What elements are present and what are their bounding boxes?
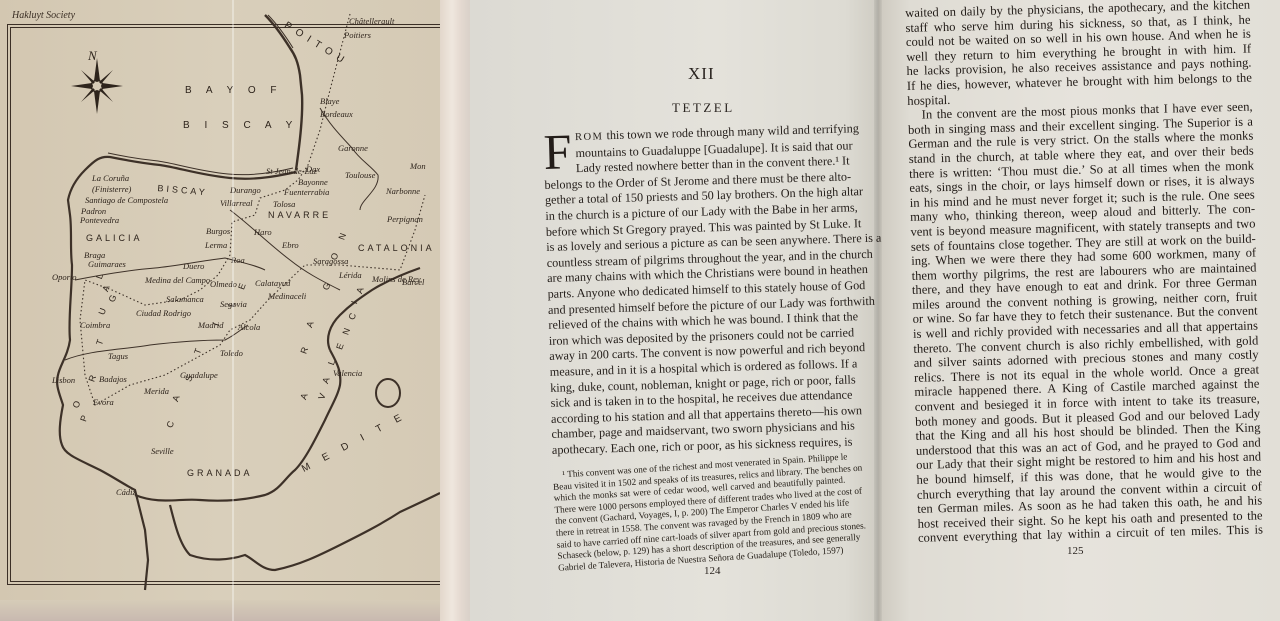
map-place-label: Villarreal xyxy=(220,198,253,208)
map-place-label: Haro xyxy=(254,227,272,237)
page-125-lines: waited on daily by the physicians, the a… xyxy=(905,0,1263,546)
map-place-label: Coimbra xyxy=(80,320,110,330)
map-place-label: Guimaraes xyxy=(88,259,126,269)
map-place-label: Perpignan xyxy=(387,214,423,224)
map-place-label: (Finisterre) xyxy=(92,184,131,194)
map-place-label: Garonne xyxy=(338,143,368,153)
page-124-body: F ROM this town we rode through many wil… xyxy=(543,122,852,459)
page-number-124: 124 xyxy=(704,565,721,577)
map-place-label: Calatayud xyxy=(255,278,290,288)
map-place-label: La Coruña xyxy=(92,173,129,183)
map-place-label: Bordeaux xyxy=(320,109,353,119)
drop-cap: F xyxy=(543,131,572,172)
map-fold-crease xyxy=(232,0,234,621)
chapter-number: XII xyxy=(688,64,715,84)
map-place-label: Toulouse xyxy=(345,170,375,180)
map-place-label: Ebro xyxy=(282,240,299,250)
map-place-label: Narbonne xyxy=(386,186,420,196)
map-region-galicia: GALICIA xyxy=(86,233,143,243)
map-place-label: Oporto xyxy=(52,272,77,282)
map-place-label: Alcola xyxy=(238,322,260,332)
map-place-label: Mon xyxy=(410,161,426,171)
map-place-label: Pontevedra xyxy=(80,215,119,225)
map-region-biscay-sea: B I S C A Y xyxy=(183,120,298,131)
map-place-label: Tolosa xyxy=(273,199,295,209)
map-place-label: Santiago de Compostela xyxy=(85,195,168,205)
map-place-label: Fuenterrabia xyxy=(284,187,329,197)
map-region-granada: GRANADA xyxy=(187,468,253,478)
map-place-label: Dax xyxy=(306,164,320,174)
map-place-label: Blaye xyxy=(320,96,339,106)
map-place-label: Barcel xyxy=(402,277,424,287)
map-place-label: Lerma xyxy=(205,240,227,250)
map-place-label: Valencia xyxy=(333,368,362,378)
map-place-label: Salamanca xyxy=(166,294,204,304)
map-place-label: Tagus xyxy=(108,351,128,361)
map-place-label: Lisbon xyxy=(52,375,75,385)
map-place-label: Merida xyxy=(144,386,169,396)
map-place-label: Cádiz xyxy=(116,487,136,497)
page-125-body: waited on daily by the physicians, the a… xyxy=(905,0,1263,546)
map-place-label: Bayonne xyxy=(298,177,328,187)
page-124-lines: ROM this town we rode through many wild … xyxy=(543,122,852,459)
map-bottom-margin xyxy=(0,600,440,621)
footnote-lines: ¹ This convent was one of the richest an… xyxy=(552,452,850,574)
first-word-smallcaps: ROM xyxy=(575,131,604,143)
map-place-label: Châtellerault xyxy=(349,16,394,26)
map-region-catalonia: CATALONIA xyxy=(358,243,435,253)
map-place-label: Poitiers xyxy=(344,30,371,40)
map-place-label: Lérida xyxy=(339,270,362,280)
map-place-label: Badajos xyxy=(99,374,127,384)
map-place-label: Medinaceli xyxy=(268,291,306,301)
map-plate: Hakluyt Society xyxy=(0,0,440,621)
footnote: ¹ This convent was one of the richest an… xyxy=(552,452,850,574)
map-region-navarre: NAVARRE xyxy=(268,210,331,220)
map-place-label: Seville xyxy=(151,446,174,456)
map-place-label: Medina del Campo xyxy=(145,275,210,285)
compass-rose xyxy=(71,58,123,114)
map-plate-edge xyxy=(440,0,470,621)
map-place-label: Evora xyxy=(93,397,114,407)
map-place-label: Ciudad Rodrigo xyxy=(136,308,191,318)
map-place-label: Burgos xyxy=(206,226,230,236)
chapter-title: TETZEL xyxy=(672,100,735,116)
compass-north-label: N xyxy=(88,48,97,64)
map-place-label: Duero xyxy=(183,261,204,271)
book-gutter xyxy=(874,0,882,621)
page-number-125: 125 xyxy=(1067,545,1084,557)
map-place-label: Durango xyxy=(230,185,261,195)
